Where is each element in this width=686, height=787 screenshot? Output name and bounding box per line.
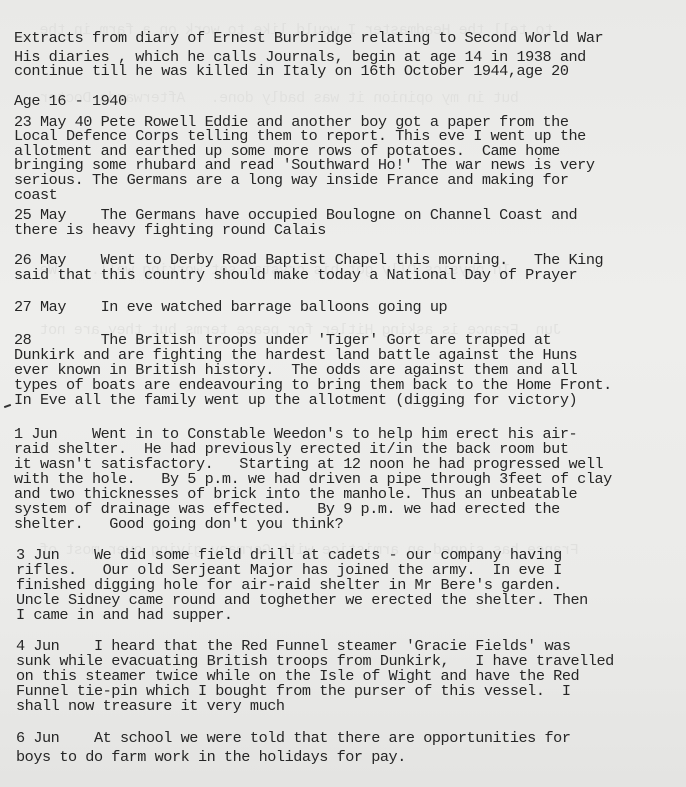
typewritten-diary-page: to tell the Headmaster I would like to w…: [0, 0, 686, 787]
entry-line: coast: [14, 188, 57, 203]
document-title: Extracts from diary of Ernest Burbridge …: [14, 31, 603, 46]
entry-line: there is heavy fighting round Calais: [14, 223, 326, 238]
entry-line: In Eve all the family went up the allotm…: [14, 393, 577, 408]
entry-line: serious. The Germans are a long way insi…: [14, 173, 569, 188]
entry-line: shall now treasure it very much: [16, 699, 285, 714]
entry-line: shelter. Good going don't you think?: [14, 517, 343, 532]
entry-line: 6 Jun At school we were told that there …: [16, 731, 571, 746]
entry-line: 27 May In eve watched barrage balloons g…: [14, 300, 447, 315]
entry-line: said that this country should make today…: [14, 268, 577, 283]
entry-line: I came in and had supper.: [16, 608, 233, 623]
pencil-mark: [4, 404, 11, 408]
entry-line: boys to do farm work in the holidays for…: [16, 750, 406, 765]
intro-line: continue till he was killed in Italy on …: [14, 64, 569, 79]
section-heading: Age 16 - 1940: [14, 94, 127, 109]
